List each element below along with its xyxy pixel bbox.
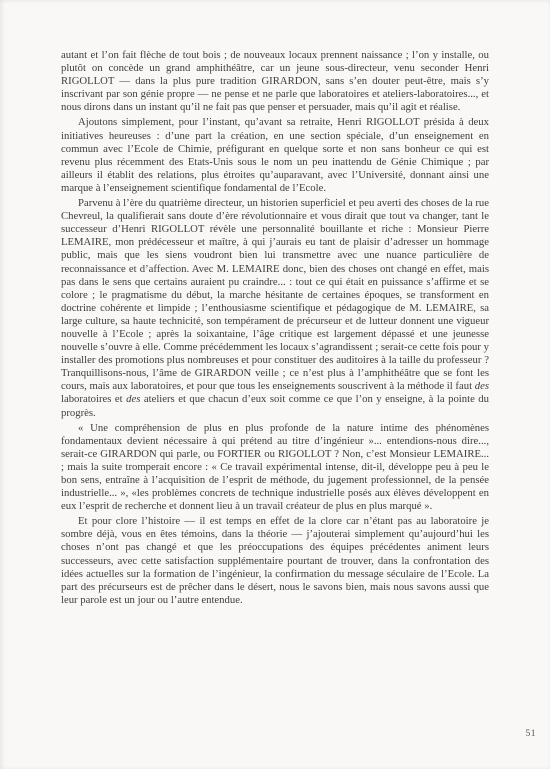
italic-text-run: des <box>475 380 489 392</box>
page-number: 51 <box>514 729 536 740</box>
text-run: Et pour clore l’histoire — il est temps … <box>61 515 489 606</box>
text-run: laboratoires et <box>61 393 126 405</box>
paragraph: autant et l’on fait flèche de tout bois … <box>61 49 489 114</box>
text-run: Ajoutons simplement, pour l’instant, qu’… <box>61 116 489 193</box>
text-run: Parvenu à l’ère du quatrième directeur, … <box>61 197 489 392</box>
paragraph: « Une compréhension de plus en plus prof… <box>61 422 489 514</box>
text-run: « Une compréhension de plus en plus prof… <box>61 422 489 513</box>
italic-text-run: des <box>126 393 140 405</box>
paragraph: Parvenu à l’ère du quatrième directeur, … <box>61 197 489 420</box>
text-run: autant et l’on fait flèche de tout bois … <box>61 49 489 113</box>
paragraph: Et pour clore l’histoire — il est temps … <box>61 515 489 607</box>
page-text: autant et l’on fait flèche de tout bois … <box>61 49 489 609</box>
paragraph: Ajoutons simplement, pour l’instant, qu’… <box>61 116 489 195</box>
book-page: autant et l’on fait flèche de tout bois … <box>0 0 550 769</box>
